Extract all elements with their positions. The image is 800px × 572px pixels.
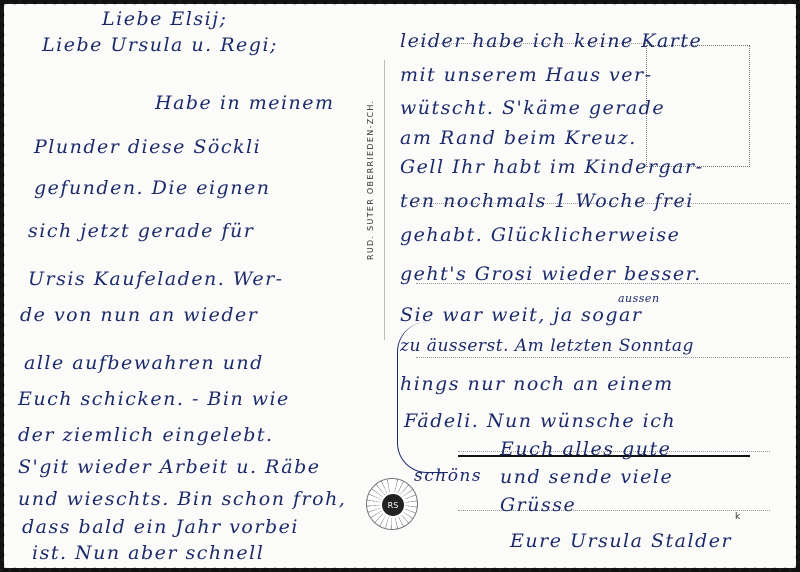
message-line: Fädeli. Nun wünsche ich [404, 410, 676, 432]
signature: Eure Ursula Stalder [510, 530, 732, 552]
message-line: de von nun an wieder [20, 304, 258, 326]
center-divider [384, 60, 385, 340]
scalloped-edge-bottom [0, 564, 800, 572]
publisher-logo-text: RS [380, 492, 406, 518]
greeting-line-1: Liebe Elsij; [102, 8, 227, 30]
message-line: und sende viele [500, 466, 673, 488]
message-line: der ziemlich eingelebt. [18, 424, 274, 446]
postcard-back: Liebe Elsij; Liebe Ursula u. Regi; Habe … [0, 0, 800, 572]
message-line: und wieschts. Bin schon froh, [18, 488, 346, 510]
message-line: wütscht. S'käme gerade [400, 97, 665, 119]
message-line: Plunder diese Söckli [34, 136, 261, 158]
message-line: geht's Grosi wieder besser. [400, 263, 702, 285]
message-line: ist. Nun aber schnell [32, 542, 264, 564]
scalloped-edge-right [792, 0, 800, 572]
message-line: ten nochmals 1 Woche frei [400, 190, 694, 212]
message-line: mit unserem Haus ver- [400, 64, 653, 86]
greeting-line-2: Liebe Ursula u. Regi; [42, 34, 278, 56]
message-line: S'git wieder Arbeit u. Räbe [18, 456, 321, 478]
message-line: am Rand beim Kreuz. [400, 127, 637, 149]
message-line: Euch alles gute [500, 438, 671, 460]
message-line: alle aufbewahren und [24, 352, 264, 374]
message-line: Habe in meinem [155, 92, 335, 114]
publisher-logo-icon: RS [366, 478, 418, 530]
message-line: gefunden. Die eignen [34, 177, 270, 199]
message-line: dass bald ein Jahr vorbei [22, 516, 299, 538]
message-line: Sie war weit, ja sogar [400, 304, 642, 326]
message-line: hings nur noch an einem [400, 373, 674, 395]
scalloped-edge-left [0, 0, 8, 572]
corner-mark: k [735, 512, 740, 522]
message-line: Grüsse [500, 494, 576, 516]
message-line: zu äusserst. Am letzten Sonntag [400, 336, 694, 356]
address-line [416, 357, 790, 358]
scalloped-edge-top [0, 0, 800, 8]
message-line: sich jetzt gerade für [28, 220, 254, 242]
publisher-imprint: RUD. SUTER OBERRIEDEN-ZCH. [366, 100, 375, 260]
message-line: Gell Ihr habt im Kindergar- [400, 156, 704, 178]
message-line: gehabt. Glücklicherweise [400, 224, 680, 246]
message-line: Euch schicken. - Bin wie [18, 388, 290, 410]
message-line: Ursis Kaufeladen. Wer- [28, 268, 284, 290]
message-line: leider habe ich keine Karte [400, 30, 702, 52]
